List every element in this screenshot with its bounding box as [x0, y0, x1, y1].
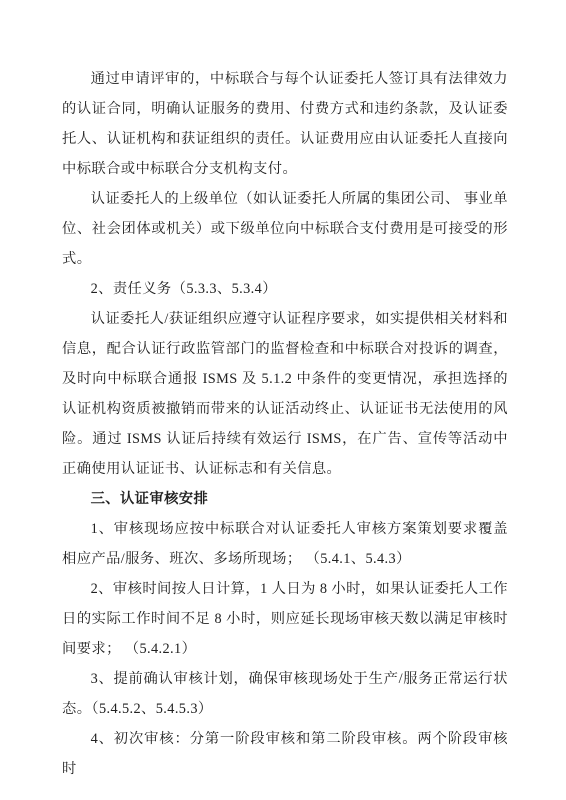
list-item-initial-audit-stages: 4、初次审核：分第一阶段审核和第二阶段审核。两个阶段审核时	[62, 724, 508, 784]
paragraph-payment-acceptable-forms: 认证委托人的上级单位（如认证委托人所属的集团公司、 事业单位、社会团体或机关）或…	[62, 184, 508, 274]
list-item-audit-time-calculation: 2、审核时间按人日计算，1 人日为 8 小时，如果认证委托人工作日的实际工作时间…	[62, 574, 508, 664]
section-heading-audit-arrangement: 三、认证审核安排	[62, 484, 508, 514]
list-item-audit-plan-confirmation: 3、提前确认审核计划，确保审核现场处于生产/服务正常运行状态。（5.4.5.2、…	[62, 664, 508, 724]
paragraph-certification-contract: 通过申请评审的，中标联合与每个认证委托人签订具有法律效力的认证合同，明确认证服务…	[62, 64, 508, 184]
list-item-audit-site-coverage: 1、审核现场应按中标联合对认证委托人审核方案策划要求覆盖相应产品/服务、班次、多…	[62, 514, 508, 574]
document-body: 通过申请评审的，中标联合与每个认证委托人签订具有法律效力的认证合同，明确认证服务…	[62, 64, 508, 784]
document-page: 通过申请评审的，中标联合与每个认证委托人签订具有法律效力的认证合同，明确认证服务…	[0, 0, 566, 800]
paragraph-client-obligations: 认证委托人/获证组织应遵守认证程序要求，如实提供相关材料和信息，配合认证行政监管…	[62, 304, 508, 484]
list-item-responsibilities-obligations: 2、责任义务（5.3.3、5.3.4）	[62, 274, 508, 304]
